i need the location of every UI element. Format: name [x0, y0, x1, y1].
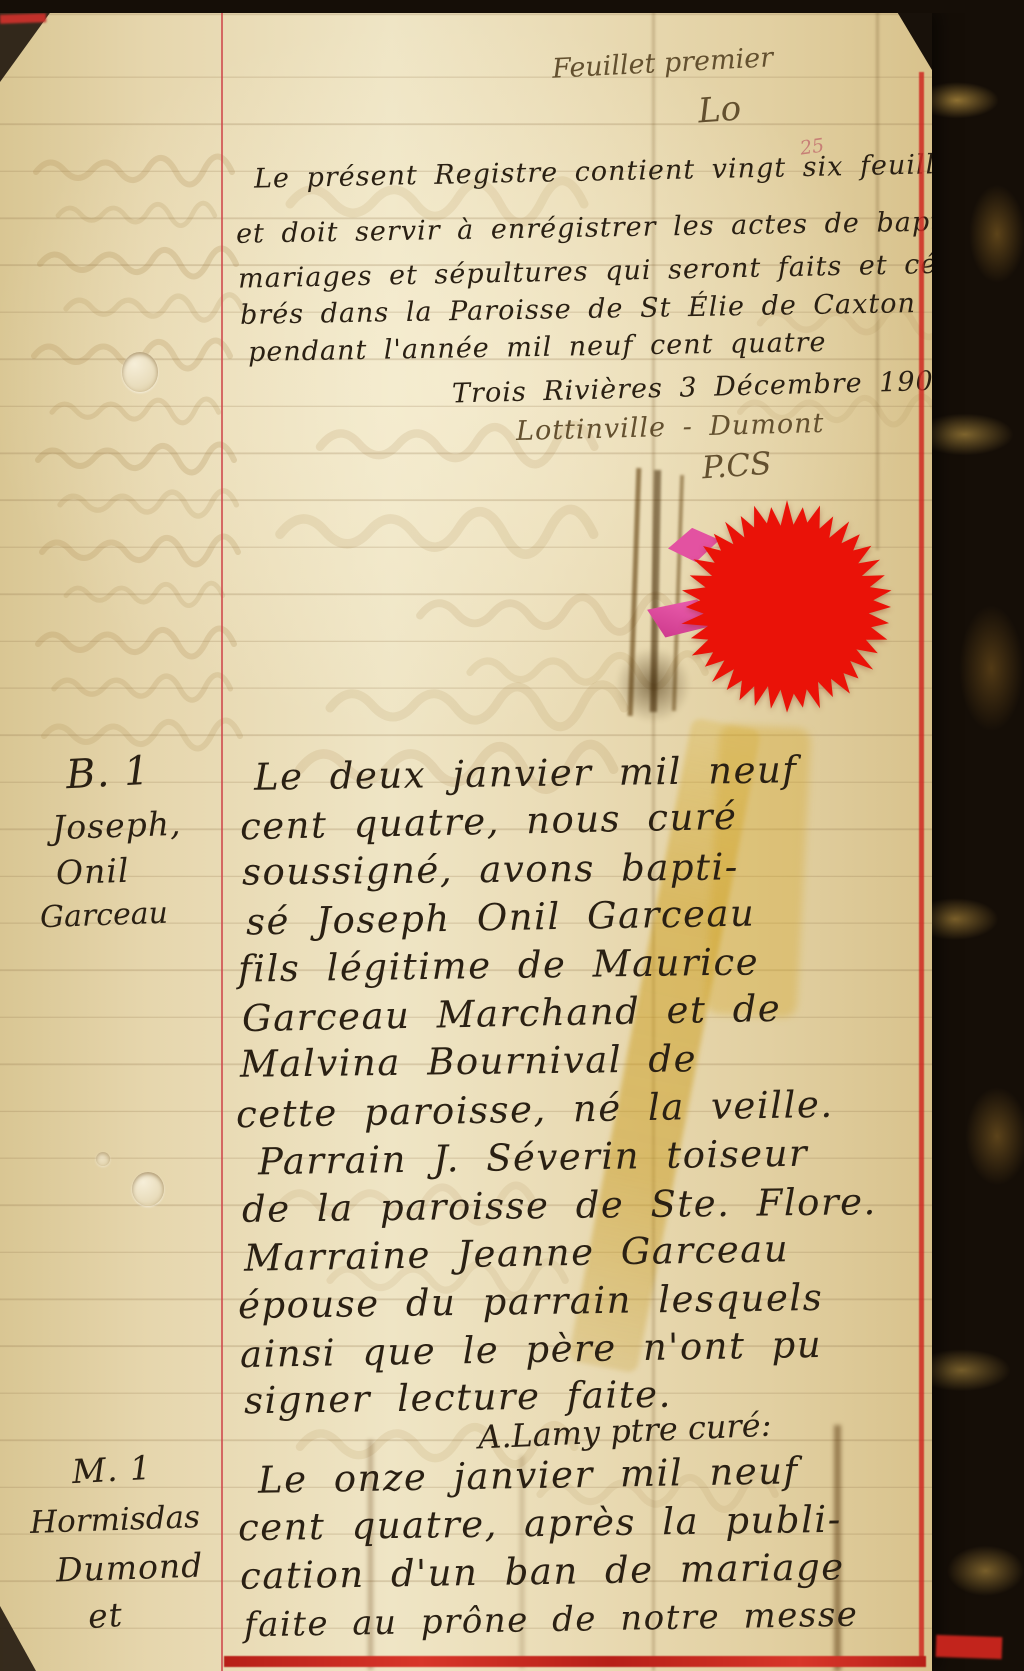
red-page-edge	[919, 72, 924, 1662]
record-body-line: Malvina Bournival de	[240, 1037, 697, 1086]
margin-note-line: et	[87, 1595, 124, 1636]
record-body-line: épouse du parrain lesquels	[238, 1276, 824, 1327]
margin-note-line: Hormisdas	[29, 1499, 200, 1541]
paper-hole	[96, 1152, 110, 1166]
paper-hole	[132, 1172, 164, 1206]
margin-note-line: Garceau	[39, 896, 168, 935]
red-starburst-seal	[676, 496, 898, 718]
record-body-line: de la paroisse de Ste. Flore.	[242, 1180, 877, 1231]
record-body-line: soussigné, avons bapti-	[242, 845, 739, 893]
book-binding-top-edge	[0, 0, 1024, 13]
margin-note-line: Onil	[55, 851, 130, 893]
paper-hole	[122, 352, 158, 392]
record-body-line: fils légitime de Maurice	[238, 940, 760, 990]
record-body-line: Parrain J. Séverin toiseur	[258, 1132, 809, 1184]
record-body-line: Le deux janvier mil neuf	[254, 748, 798, 799]
record-body-line: cent quatre, après la publi-	[238, 1498, 842, 1549]
margin-note-line: B. 1	[65, 748, 152, 798]
book-binding-marbled-edge	[928, 0, 1024, 1671]
margin-note-line: Joseph,	[51, 804, 182, 847]
register-paper-sheet: Feuillet premier Lo 25 Le présent Regist…	[0, 10, 932, 1671]
red-page-edge	[0, 13, 46, 24]
red-margin-rule	[221, 10, 223, 1671]
red-page-edge	[224, 1656, 926, 1667]
scanned-register-page: Feuillet premier Lo 25 Le présent Regist…	[0, 0, 1024, 1671]
record-body-line: sé Joseph Onil Garceau	[246, 892, 756, 944]
red-page-edge	[936, 1635, 1003, 1659]
margin-note-line: M. 1	[71, 1448, 153, 1491]
seal-polygon	[681, 500, 891, 713]
margin-note-line: Dumond	[55, 1545, 204, 1589]
folio-flourish: Lo	[697, 89, 743, 132]
clerk-initials: P.CS	[701, 446, 773, 487]
